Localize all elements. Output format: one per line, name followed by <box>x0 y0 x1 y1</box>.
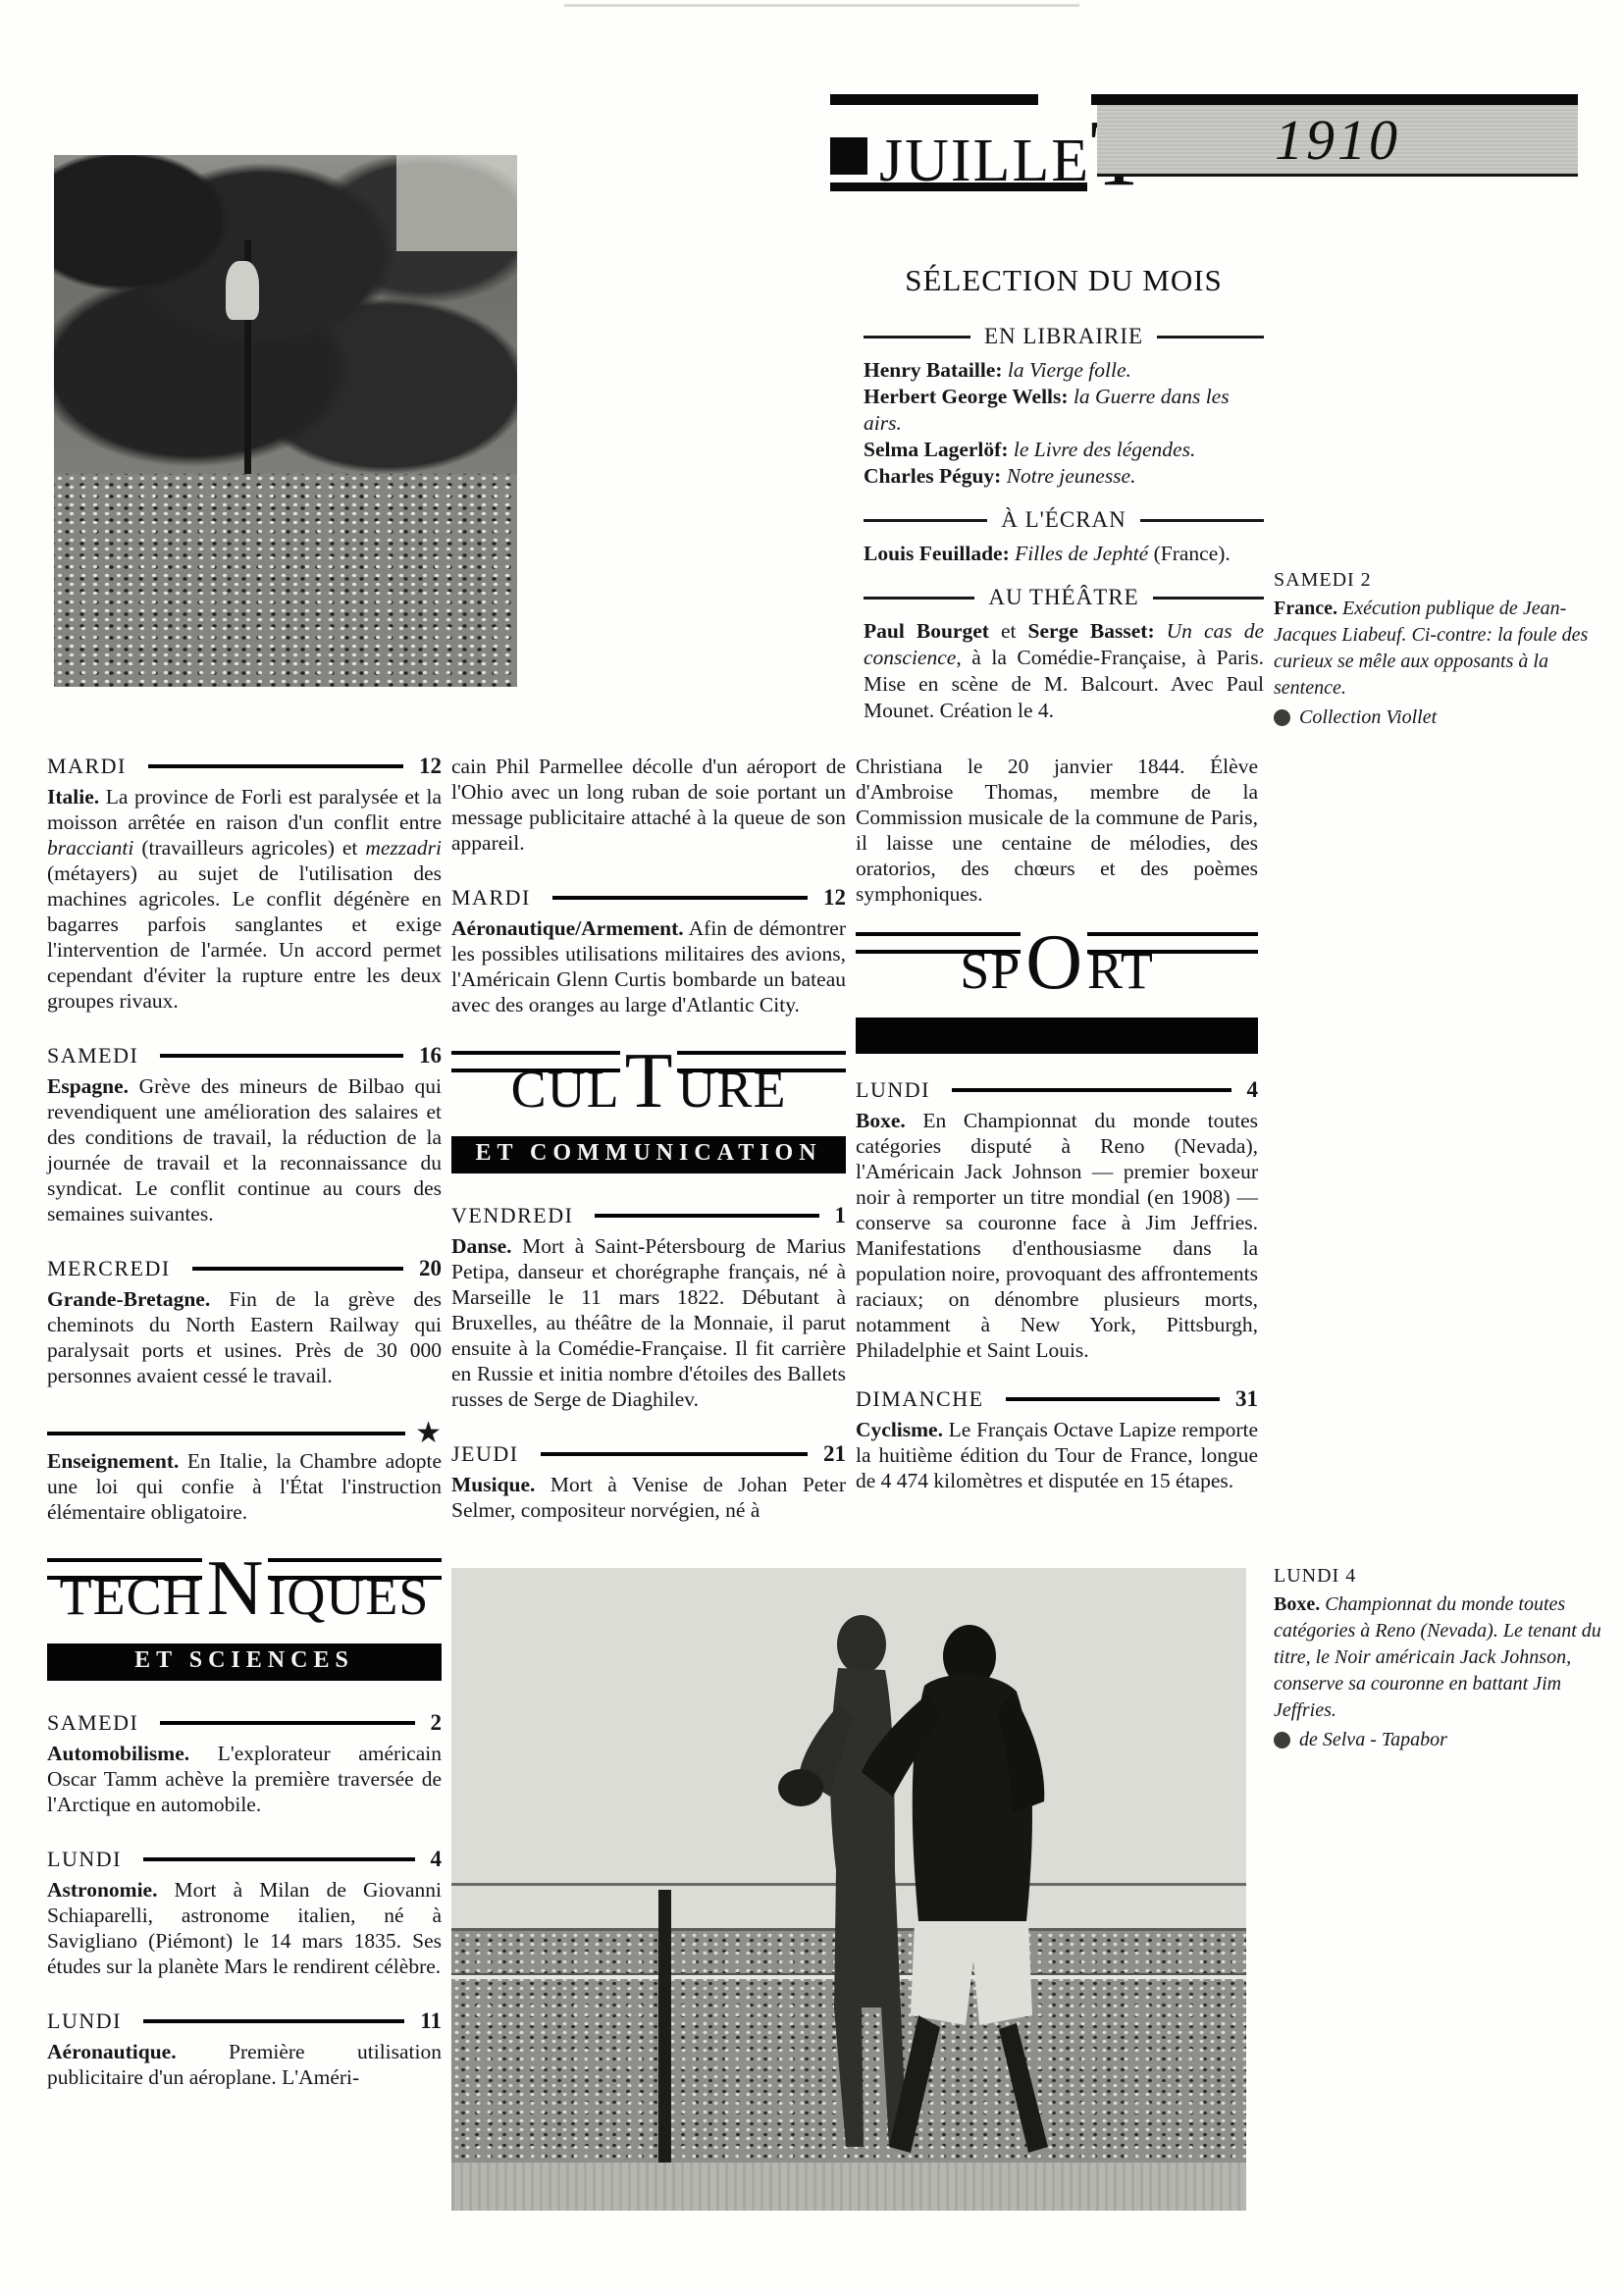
entry-date-header: LUNDI4 <box>856 1077 1258 1103</box>
book-item: Charles Péguy: Notre jeunesse. <box>864 463 1264 490</box>
entry-paragraph: Cyclisme. Le Français Octave Lapize remp… <box>856 1417 1258 1493</box>
day-label: LUNDI <box>47 2008 122 2034</box>
date-rule <box>952 1088 1231 1092</box>
masthead-rule-right <box>1091 94 1578 105</box>
conjunction: et <box>989 619 1028 643</box>
subhead-theatre: AU THÉÂTRE <box>864 585 1264 610</box>
date-rule <box>143 1857 415 1861</box>
entry-date-header: VENDREDI1 <box>451 1203 846 1228</box>
date-rule <box>143 2019 404 2023</box>
rule-left <box>864 597 974 600</box>
day-number: 16 <box>419 1043 442 1069</box>
day-number: 12 <box>823 885 846 911</box>
italic-term: braccianti <box>47 836 133 860</box>
entry-text: En Championnat du monde toutes catégorie… <box>856 1109 1258 1362</box>
film-country: (France). <box>1154 542 1231 565</box>
day-number: 1 <box>835 1203 847 1228</box>
credit-text: de Selva - Tapabor <box>1299 1727 1447 1753</box>
date-rule <box>552 896 808 900</box>
category-lead: Cyclisme. <box>856 1418 943 1441</box>
caption-date: LUNDI 4 <box>1274 1563 1603 1590</box>
day-label: JEUDI <box>451 1441 519 1467</box>
day-number: 20 <box>419 1256 442 1281</box>
entry-paragraph: Automobilisme. L'explorateur américain O… <box>47 1741 442 1817</box>
entry-date-header: SAMEDI2 <box>47 1710 442 1736</box>
date-rule <box>160 1721 414 1725</box>
entry-paragraph: Italie. La province de Forli est paralys… <box>47 784 442 1014</box>
entry-date-header: MARDI12 <box>451 885 846 911</box>
entry-text: Christiana le 20 janvier 1844. Élève d'A… <box>856 755 1258 906</box>
date-rule <box>541 1452 808 1456</box>
entry-date-header: SAMEDI16 <box>47 1043 442 1069</box>
category-lead: Automobilisme. <box>47 1742 189 1765</box>
entry-paragraph: Grande-Bretagne. Fin de la grève des che… <box>47 1286 442 1388</box>
month-underline <box>830 183 1087 191</box>
day-number: 4 <box>431 1847 443 1872</box>
section-title-part: RT <box>1087 941 1154 1000</box>
section-header-techniques: TECHNIQUES ET SCIENCES <box>47 1558 442 1681</box>
entry-date-header: MERCREDI20 <box>47 1256 442 1281</box>
section-title: SPORT <box>960 934 1154 1013</box>
caption-execution: SAMEDI 2 France. Exécution publique de J… <box>1274 567 1603 731</box>
section-title-part: CUL <box>511 1060 620 1119</box>
day-label: SAMEDI <box>47 1043 138 1069</box>
square-bullet-icon <box>830 137 867 175</box>
day-number: 11 <box>420 2008 442 2034</box>
entry-text: Mort à Saint-Pétersbourg de Marius Petip… <box>451 1234 846 1411</box>
ring-post <box>658 1890 671 2172</box>
section-title-bigletter: T <box>620 1038 678 1124</box>
entry-paragraph: Boxe. En Championnat du monde toutes cat… <box>856 1108 1258 1363</box>
caption-lead: France. <box>1274 598 1337 619</box>
author-name: Charles Péguy: <box>864 464 1001 488</box>
day-label: LUNDI <box>47 1847 122 1872</box>
entry-text: (métayers) au sujet de l'utilisation des… <box>47 861 442 1013</box>
photo-sky-patch <box>396 155 517 251</box>
category-lead: Espagne. <box>47 1074 129 1098</box>
caption-boxing: LUNDI 4 Boxe. Championnat du monde toute… <box>1274 1563 1603 1753</box>
day-number: 21 <box>823 1441 846 1467</box>
section-title-bigletter: N <box>202 1545 269 1632</box>
rule-right <box>1157 336 1264 339</box>
date-rule <box>192 1267 403 1271</box>
subhead-label: À L'ÉCRAN <box>1001 507 1126 533</box>
book-item: Selma Lagerlöf: le Livre des légendes. <box>864 437 1264 463</box>
category-lead: Astronomie. <box>47 1878 157 1902</box>
section-subtitle-bar: ET SCIENCES <box>47 1643 442 1681</box>
entry-paragraph: Danse. Mort à Saint-Pétersbourg de Mariu… <box>451 1233 846 1412</box>
day-number: 2 <box>431 1710 443 1736</box>
rule-left <box>864 519 987 522</box>
continuation-paragraph: cain Phil Parmellee décolle d'un aéropor… <box>451 754 846 856</box>
category-lead: Grande-Bretagne. <box>47 1287 210 1311</box>
section-title-part: IQUES <box>268 1567 429 1626</box>
section-title-bigletter: O <box>1021 919 1087 1006</box>
director-name: Louis Feuillade: <box>864 542 1010 565</box>
section-subtitle-bar: ET COMMUNICATION <box>451 1136 846 1174</box>
date-rule <box>160 1054 403 1058</box>
credit-text: Collection Viollet <box>1299 704 1437 731</box>
subhead-ecran: À L'ÉCRAN <box>864 507 1264 533</box>
day-label: MARDI <box>451 885 531 911</box>
category-lead: Danse. <box>451 1234 512 1258</box>
photo-credit: de Selva - Tapabor <box>1274 1727 1603 1753</box>
subhead-label: EN LIBRAIRIE <box>984 324 1143 349</box>
entry-paragraph: Enseignement. En Italie, la Chambre adop… <box>47 1448 442 1525</box>
day-label: SAMEDI <box>47 1710 138 1736</box>
boxing-photo <box>451 1568 1246 2211</box>
rule-right <box>1153 597 1264 600</box>
day-number: 12 <box>419 754 442 779</box>
italic-term: mezzadri <box>365 836 442 860</box>
category-lead: Musique. <box>451 1473 535 1496</box>
execution-photo <box>54 155 517 687</box>
section-title-part: SP <box>960 941 1021 1000</box>
category-lead: Aéronautique. <box>47 2040 177 2063</box>
star-icon: ★ <box>415 1424 442 1443</box>
entry-date-header: DIMANCHE31 <box>856 1386 1258 1412</box>
day-label: LUNDI <box>856 1077 930 1103</box>
book-title: Notre jeunesse. <box>1001 464 1135 488</box>
day-label: DIMANCHE <box>856 1386 984 1412</box>
book-item: Herbert George Wells: la Guerre dans les… <box>864 384 1264 437</box>
category-lead: Enseignement. <box>47 1449 179 1473</box>
author-name: Henry Bataille: <box>864 358 1003 382</box>
category-lead: Italie. <box>47 785 99 808</box>
subhead-librairie: EN LIBRAIRIE <box>864 324 1264 349</box>
selection-title: SÉLECTION DU MOIS <box>864 263 1264 298</box>
section-title-part: TECH <box>60 1567 202 1626</box>
caption-text: Championnat du monde toutes catégories à… <box>1274 1593 1601 1721</box>
selection-du-mois: SÉLECTION DU MOIS EN LIBRAIRIE Henry Bat… <box>864 263 1264 724</box>
film-item: Louis Feuillade: Filles de Jephté (Franc… <box>864 541 1264 567</box>
entry-date-header: JEUDI21 <box>451 1441 846 1467</box>
entry-paragraph: Astronomie. Mort à Milan de Giovanni Sch… <box>47 1877 442 1979</box>
section-title-part: URE <box>677 1060 786 1119</box>
rule-left <box>864 336 970 339</box>
section-title: TECHNIQUES <box>60 1560 430 1639</box>
category-lead: Boxe. <box>856 1109 906 1132</box>
credit-dot-icon <box>1274 709 1290 726</box>
date-rule <box>47 1432 405 1435</box>
day-number: 31 <box>1235 1386 1258 1412</box>
photo-credit: Collection Viollet <box>1274 704 1603 731</box>
entry-paragraph: Aéronautique/Armement. Afin de démontrer… <box>451 915 846 1017</box>
book-title: la Vierge folle. <box>1003 358 1131 382</box>
entry-date-header: LUNDI4 <box>47 1847 442 1872</box>
section-subtitle-bar <box>856 1017 1258 1054</box>
entry-text: (travailleurs agricoles) et <box>133 836 365 860</box>
entry-paragraph: Aéronautique. Première utilisation publi… <box>47 2039 442 2090</box>
top-faint-rule <box>564 4 1079 7</box>
day-label: VENDREDI <box>451 1203 573 1228</box>
date-rule <box>1006 1397 1220 1401</box>
book-item: Henry Bataille: la Vierge folle. <box>864 357 1264 384</box>
book-title: le Livre des légendes. <box>1008 438 1195 461</box>
date-rule <box>148 764 403 768</box>
section-title: CULTURE <box>511 1053 787 1131</box>
playwright-name: Serge Basset: <box>1028 619 1155 643</box>
entry-paragraph: Musique. Mort à Venise de Johan Peter Se… <box>451 1472 846 1523</box>
entry-text: cain Phil Parmellee décolle d'un aéropor… <box>451 755 846 855</box>
author-name: Herbert George Wells: <box>864 385 1069 408</box>
rule-right <box>1140 519 1264 522</box>
entry-paragraph: Espagne. Grève des mineurs de Bilbao qui… <box>47 1073 442 1226</box>
playwright-name: Paul Bourget <box>864 619 989 643</box>
column-3: Christiana le 20 janvier 1844. Élève d'A… <box>856 754 1258 1493</box>
day-label: MARDI <box>47 754 127 779</box>
entry-date-header: MARDI12 <box>47 754 442 779</box>
category-lead: Aéronautique/Armement. <box>451 916 684 940</box>
day-number: 4 <box>1247 1077 1259 1103</box>
year-label: 1910 <box>1275 107 1400 173</box>
photo-crowd <box>54 474 517 687</box>
column-2: cain Phil Parmellee décolle d'un aéropor… <box>451 754 846 1523</box>
date-rule <box>595 1214 818 1218</box>
film-title: Filles de Jephté <box>1010 542 1154 565</box>
credit-dot-icon <box>1274 1732 1290 1748</box>
star-entry-header: ★ <box>47 1424 442 1443</box>
entry-text: La province de Forli est paralysée et la… <box>47 785 442 834</box>
photo-figure <box>226 261 259 320</box>
column-1: MARDI12 Italie. La province de Forli est… <box>47 754 442 2090</box>
section-header-sport: SPORT <box>856 932 1258 1054</box>
section-header-culture: CULTURE ET COMMUNICATION <box>451 1051 846 1174</box>
magazine-page: JUILLET 1910 SÉLECTION DU MOIS EN LIBRAI… <box>0 0 1624 2295</box>
theatre-item: Paul Bourget et Serge Basset: Un cas de … <box>864 618 1264 724</box>
entry-date-header: LUNDI11 <box>47 2008 442 2034</box>
boxers-silhouette <box>746 1595 1119 2174</box>
continuation-paragraph: Christiana le 20 janvier 1844. Élève d'A… <box>856 754 1258 907</box>
caption-date: SAMEDI 2 <box>1274 567 1603 594</box>
author-name: Selma Lagerlöf: <box>864 438 1008 461</box>
year-badge: 1910 <box>1097 105 1578 177</box>
caption-lead: Boxe. <box>1274 1593 1320 1615</box>
day-label: MERCREDI <box>47 1256 171 1281</box>
subhead-label: AU THÉÂTRE <box>988 585 1138 610</box>
